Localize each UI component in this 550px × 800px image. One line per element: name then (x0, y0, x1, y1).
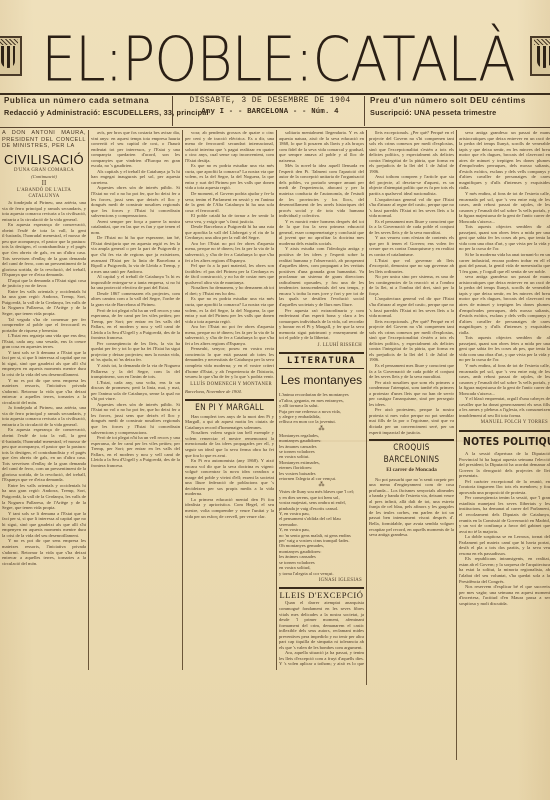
paragraph: De l'Estat no hi ha que esperarne, tan b… (91, 235, 180, 274)
address-text: Redacció y Administració: ESCUDELLERS, 3… (4, 108, 169, 117)
paragraph: L'arquitectura general vol dir que l'Est… (369, 296, 454, 318)
paragraph: Tal vegada s'ha de comensar per fer comp… (2, 317, 86, 334)
section-rule (369, 439, 454, 441)
paragraph: Y aixis estudia com l'ideologia antiga y… (279, 246, 364, 307)
subscription-price: Suscripció: UNA pesseta trimestre (370, 108, 550, 117)
column-5: lleis excepcionals. ¿Per què? Perquè en … (369, 130, 454, 683)
paragraph: Entre les valls orientals y occidentals … (2, 483, 86, 511)
paragraph: De moment, el Govern podria ajudar y fer… (185, 191, 274, 213)
paragraph: L'Estat ens regateja una vida que ens de… (2, 333, 86, 350)
paragraph: No per unica sino per sistema, es una de… (369, 274, 454, 296)
author-signature: LLUÍS DOMENECH Y MONTANER (185, 382, 272, 388)
poem-title: Les montanyes (279, 373, 364, 388)
article-subheadline: El carrer de Moncada (369, 468, 454, 474)
column-6: seva antiga grandesa: un passat de mans … (459, 130, 550, 758)
column-divider (276, 130, 277, 670)
column-1: A DON ANTONI MAURA, PRESIDENT DEL CONCEL… (2, 130, 86, 668)
issue-number: Any I - - BARCELONA - - Núm. 4 (180, 108, 360, 116)
author-signature: MANUEL FOLCH Y TORRES (459, 420, 548, 426)
paragraph: Es el pensament mes lliure y conscient q… (369, 363, 454, 380)
article-kicker: A DON ANTONI MAURA, PRESIDENT DEL CONCEL… (2, 130, 86, 150)
paragraph: El poble catalá ha de tornar a fer senti… (185, 213, 274, 224)
section-number: II (2, 179, 86, 188)
paragraph: En Pi era autonomista (any 1868). Y aixó… (185, 458, 274, 497)
paragraph: D'aqui que la demanda a l'Estat sigui co… (2, 278, 86, 289)
paragraph: Es que no es podria estudiar una via més… (185, 163, 274, 191)
paragraph: solitaria mentalment llegendaria. Y es a… (279, 130, 364, 163)
paragraph: Ja fondejada al Pirineu, una artèria, un… (2, 405, 86, 427)
column-4: solitaria mentalment llegendaria. Y es a… (279, 130, 364, 668)
paragraph: L'arquitectura general vol dir que l'Est… (369, 197, 454, 219)
paragraph: lleis excepcionals. ¿Per què? Perquè en … (369, 130, 454, 174)
asterism-icon: ⁂ (279, 481, 364, 489)
paragraph: L'Estat que vol governar ab lleis d'exce… (369, 258, 454, 275)
author-signature: IGNASI IGLESIAS (279, 578, 362, 584)
section-rule (279, 368, 364, 369)
coat-of-arms-icon (0, 36, 22, 76)
paragraph: No pot passarhi que no 'n senti corpeir … (369, 477, 454, 538)
paragraph: Y tant sols se li demana a l'Estat que l… (2, 511, 86, 539)
poem-stanza: Montanyes regalades, montanyes gaudidore… (279, 433, 364, 482)
paragraph: Però de tot plegat n'hi ha un vell recor… (91, 435, 180, 468)
paragraph: L'Estat, cada any, una volta, ens fa un … (91, 380, 180, 402)
issue-info: DISSABTE, 3 DE DESEMBRE DE 1904 Any I - … (180, 96, 360, 126)
paragraph: Ara be: l'Estat no pot fer obres d'aques… (185, 241, 274, 263)
paragraph: Es el pensament mes lliure y conscient q… (369, 219, 454, 236)
issue-date: DISSABTE, 3 DE DESEMBRE DE 1904 (180, 96, 360, 105)
paragraph: Y més endins, al fons de tot de l'estret… (459, 363, 550, 396)
paragraph: Y més endins, al fons de tot de l'estret… (459, 191, 550, 224)
paragraph: Desde 1867 comensaren els projectes, com… (91, 291, 180, 308)
paragraph: Y ara veureu com n'estan de contents els… (369, 235, 454, 257)
paragraph: Nos reservem d'explicar bé el que succee… (459, 584, 550, 606)
paragraph: Per això protestem, perque la nostra pro… (369, 407, 454, 435)
paragraph: Y no es pot dir que sens empresa les mat… (2, 538, 86, 566)
paragraph: Y aixís tot, la demanda de la via de Nog… (91, 363, 180, 380)
publication-info: Publica un número cada setmana Redacció … (4, 96, 169, 126)
column-2: avís, per bros que fos costaria bes avis… (91, 130, 180, 668)
paragraph: Al capital y el treball de Catalunya 'ls… (91, 274, 180, 291)
paragraph: seva antiga grandesa: un passat de mans … (459, 274, 550, 335)
paragraph: Si be la moderna vida ha anat tornant-lo… (459, 252, 550, 274)
paragraph: Tots aquests objectes semblen dir al pas… (459, 224, 550, 252)
paragraph: Desde Barcelona a Puigcerdà hi ha una ru… (185, 224, 274, 241)
paragraph: Però de tot plegat n'hi ha un vell recor… (91, 308, 180, 341)
paragraph: Avui tothom compren y l'article que sia … (369, 174, 454, 196)
column-divider (366, 130, 367, 685)
column-divider (456, 130, 457, 760)
price-info: Preu d'un número solt DEU céntims Suscri… (370, 96, 550, 126)
paragraph: lleis excepcionals. ¿Per què? Perquè en … (369, 319, 454, 363)
paragraph: Tots aquests objectes semblen dir al pas… (459, 335, 550, 363)
article-headline: CROQUIS BARCELONINS (377, 442, 447, 466)
author-signature: J. LLUHÍ RISSECH (279, 343, 362, 349)
single-price: Preu d'un número solt DEU céntims (370, 96, 550, 105)
section-rule (279, 352, 364, 354)
paragraph: Es que no es podria estudiar una via més… (185, 296, 274, 324)
asterism-icon: ⁂ (279, 425, 364, 433)
paragraph: Y no es pot dir que sens empresa les mat… (2, 378, 86, 406)
paragraph: Als capitals y el treball de Catalunya j… (91, 169, 180, 186)
newspaper-title: EL:POBLE:CATALÀ (36, 24, 520, 93)
masthead: EL:POBLE:CATALÀ (0, 28, 550, 90)
section-heading: LITERATURA (279, 355, 364, 368)
section-rule (279, 587, 364, 589)
paragraph: seva antiga grandesa: un passat de mans … (459, 130, 550, 191)
info-bar-rule (0, 127, 550, 128)
article-subheadline: D'UNA GRAN COMARCA (2, 168, 86, 174)
paragraph: La primera educació mental den Pi fou id… (185, 497, 274, 519)
dateline: Barcelona, Novembre de 1904. (185, 389, 274, 395)
paragraph: Per això nosaltres que som els primers a… (369, 380, 454, 408)
column-divider (88, 130, 89, 670)
paragraph: Han complert tres anys de la mort den Pi… (185, 414, 274, 431)
paragraph: Els republicans intransigents, en realit… (459, 556, 550, 584)
masthead-rule (0, 93, 550, 95)
poem-line: y torna l'alegria al cor vençut. (279, 571, 364, 576)
coat-of-arms-icon (530, 36, 550, 76)
frequency-text: Publica un número cada setmana (4, 96, 169, 105)
paragraph: A la sessió d'apertura de la Diputació P… (459, 451, 550, 479)
paragraph: Avent sempre per força a parere la nostr… (91, 219, 180, 236)
paragraph: Ara, aquella situació ja ha passat, y te… (279, 650, 364, 668)
article-headline: NOTES POLITIQUES (463, 435, 537, 449)
paragraph: Aquestes obres són de interès públic. Si… (91, 402, 180, 435)
paragraph: La doble sospitosa se en Lerroux, tornat… (459, 534, 550, 556)
paragraph: Per aquesta raó extraordinaria y com end… (279, 308, 364, 341)
paragraph: Y tant sols se li demana a l'Estat que l… (2, 350, 86, 378)
info-bar: Publica un número cada setmana Redacció … (0, 96, 550, 126)
column-divider (182, 130, 183, 670)
paragraph: Nosaltres ho demanem, y ho demanem ab to… (185, 285, 274, 296)
paragraph: Pel caràcter excepcional de la reunió, e… (459, 479, 550, 496)
paragraph: Y es mostrá entre homens després del tot… (279, 219, 364, 247)
column-divider (364, 96, 365, 126)
poem-stanza: L'ànima recordarian de les montanyes a'l… (279, 392, 364, 424)
paragraph: Ja fondejada al Pirineu, una artèria, un… (2, 200, 86, 222)
paragraph: Més la novel·la idea aquell llensada en … (279, 163, 364, 218)
paragraph: avís, per bros que fos costaria bes avis… (91, 130, 180, 169)
poem-stanza: Vistes de lluny sou més blaves que 'l ce… (279, 489, 364, 576)
article-headline: LLEIS D'EXCEPCIÓ (279, 590, 364, 600)
section-rule (185, 399, 274, 401)
paragraph: Penseuhi, senyor; poseu en vostra recta … (185, 346, 274, 379)
paragraph: Pel que fa a la part material, les obres… (185, 263, 274, 285)
paragraph: Ara be: l'Estat no pot fer obres d'aques… (185, 324, 274, 346)
section-rule (459, 430, 550, 432)
paragraph: En aquesta esperança de conservació, obe… (2, 222, 86, 277)
paragraph: Entre les valls orientals y occidentals … (2, 289, 86, 317)
article-headline: EN PI Y MARGALL (193, 402, 266, 414)
paragraph: Nosaltres volem seguir tan bell exemple … (185, 430, 274, 458)
paragraph: Per conseqüencia de les lleis, la via ha… (91, 341, 180, 363)
paragraph: Aquestes obres són de interès públic. Si… (91, 185, 180, 218)
section-title: L'ABANDÓ DE L'ALTA CATALUNYA (2, 188, 86, 200)
paragraph: Per conseqüencia tenim la sessió, que 'l… (459, 495, 550, 534)
paragraph: En aquesta esperança de conservació, obe… (2, 427, 86, 482)
paragraph: Quan el darrer atemptat anarquista commo… (279, 600, 364, 650)
paragraph: Y el blasó empremtat, orgull d'una cabeç… (459, 396, 550, 418)
column-divider (172, 96, 173, 126)
column-3: vora; ab pendents grossos de quatre o ci… (185, 130, 274, 668)
paragraph: vora; ab pendents grossos de quatre o ci… (185, 130, 274, 163)
article-headline: CIVILISACIÓ (2, 152, 86, 167)
